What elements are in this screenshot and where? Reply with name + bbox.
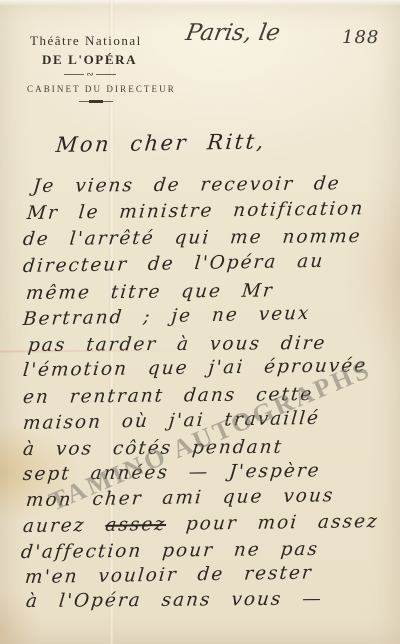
handwritten-line: m'en vouloir de rester [24, 562, 314, 588]
strike-line-post: pour moi assez [185, 511, 380, 535]
dateline-year-prefix: 188 [342, 27, 379, 48]
handwritten-line: Bertrand ; je ne veux [22, 303, 311, 330]
letterhead-theatre-name: Théâtre National [30, 33, 142, 49]
handwritten-line: d'affection pour ne pas [20, 539, 320, 563]
handwritten-line: Mr le ministre notification [26, 198, 365, 224]
handwritten-line-with-strikethrough: aurez assez pour moi assez [22, 511, 380, 537]
scan-top-edge [0, 0, 400, 6]
rule-right [96, 74, 116, 75]
salutation: Mon cher Ritt, [55, 129, 267, 157]
rule-left [64, 74, 84, 75]
letterhead-office-title: CABINET DU DIRECTEUR [27, 84, 176, 94]
ornament-rule: ∾ [64, 70, 116, 78]
struck-word: assez [104, 514, 167, 536]
strike-line-pre: aurez [22, 515, 86, 537]
letterhead-short-rule-thick [89, 100, 103, 103]
letterhead-short-rule [79, 101, 113, 102]
handwritten-line: de l'arrêté qui me nomme [22, 226, 363, 250]
handwritten-line: Je viens de recevoir de [32, 173, 342, 197]
handwritten-line: directeur de l'Opéra au [22, 251, 325, 277]
dateline-place: Paris, le [184, 20, 282, 46]
handwritten-line: même titre que Mr [25, 280, 275, 304]
squiggle-ornament-icon: ∾ [84, 70, 96, 78]
handwritten-line: pas tarder à vous dire [27, 333, 327, 356]
letterhead-opera-name: DE L'OPÉRA [42, 52, 137, 68]
handwritten-line: à l'Opéra sans vous — [25, 588, 324, 612]
scanned-letter-page: Théâtre National DE L'OPÉRA ∾ CABINET DU… [0, 0, 400, 644]
